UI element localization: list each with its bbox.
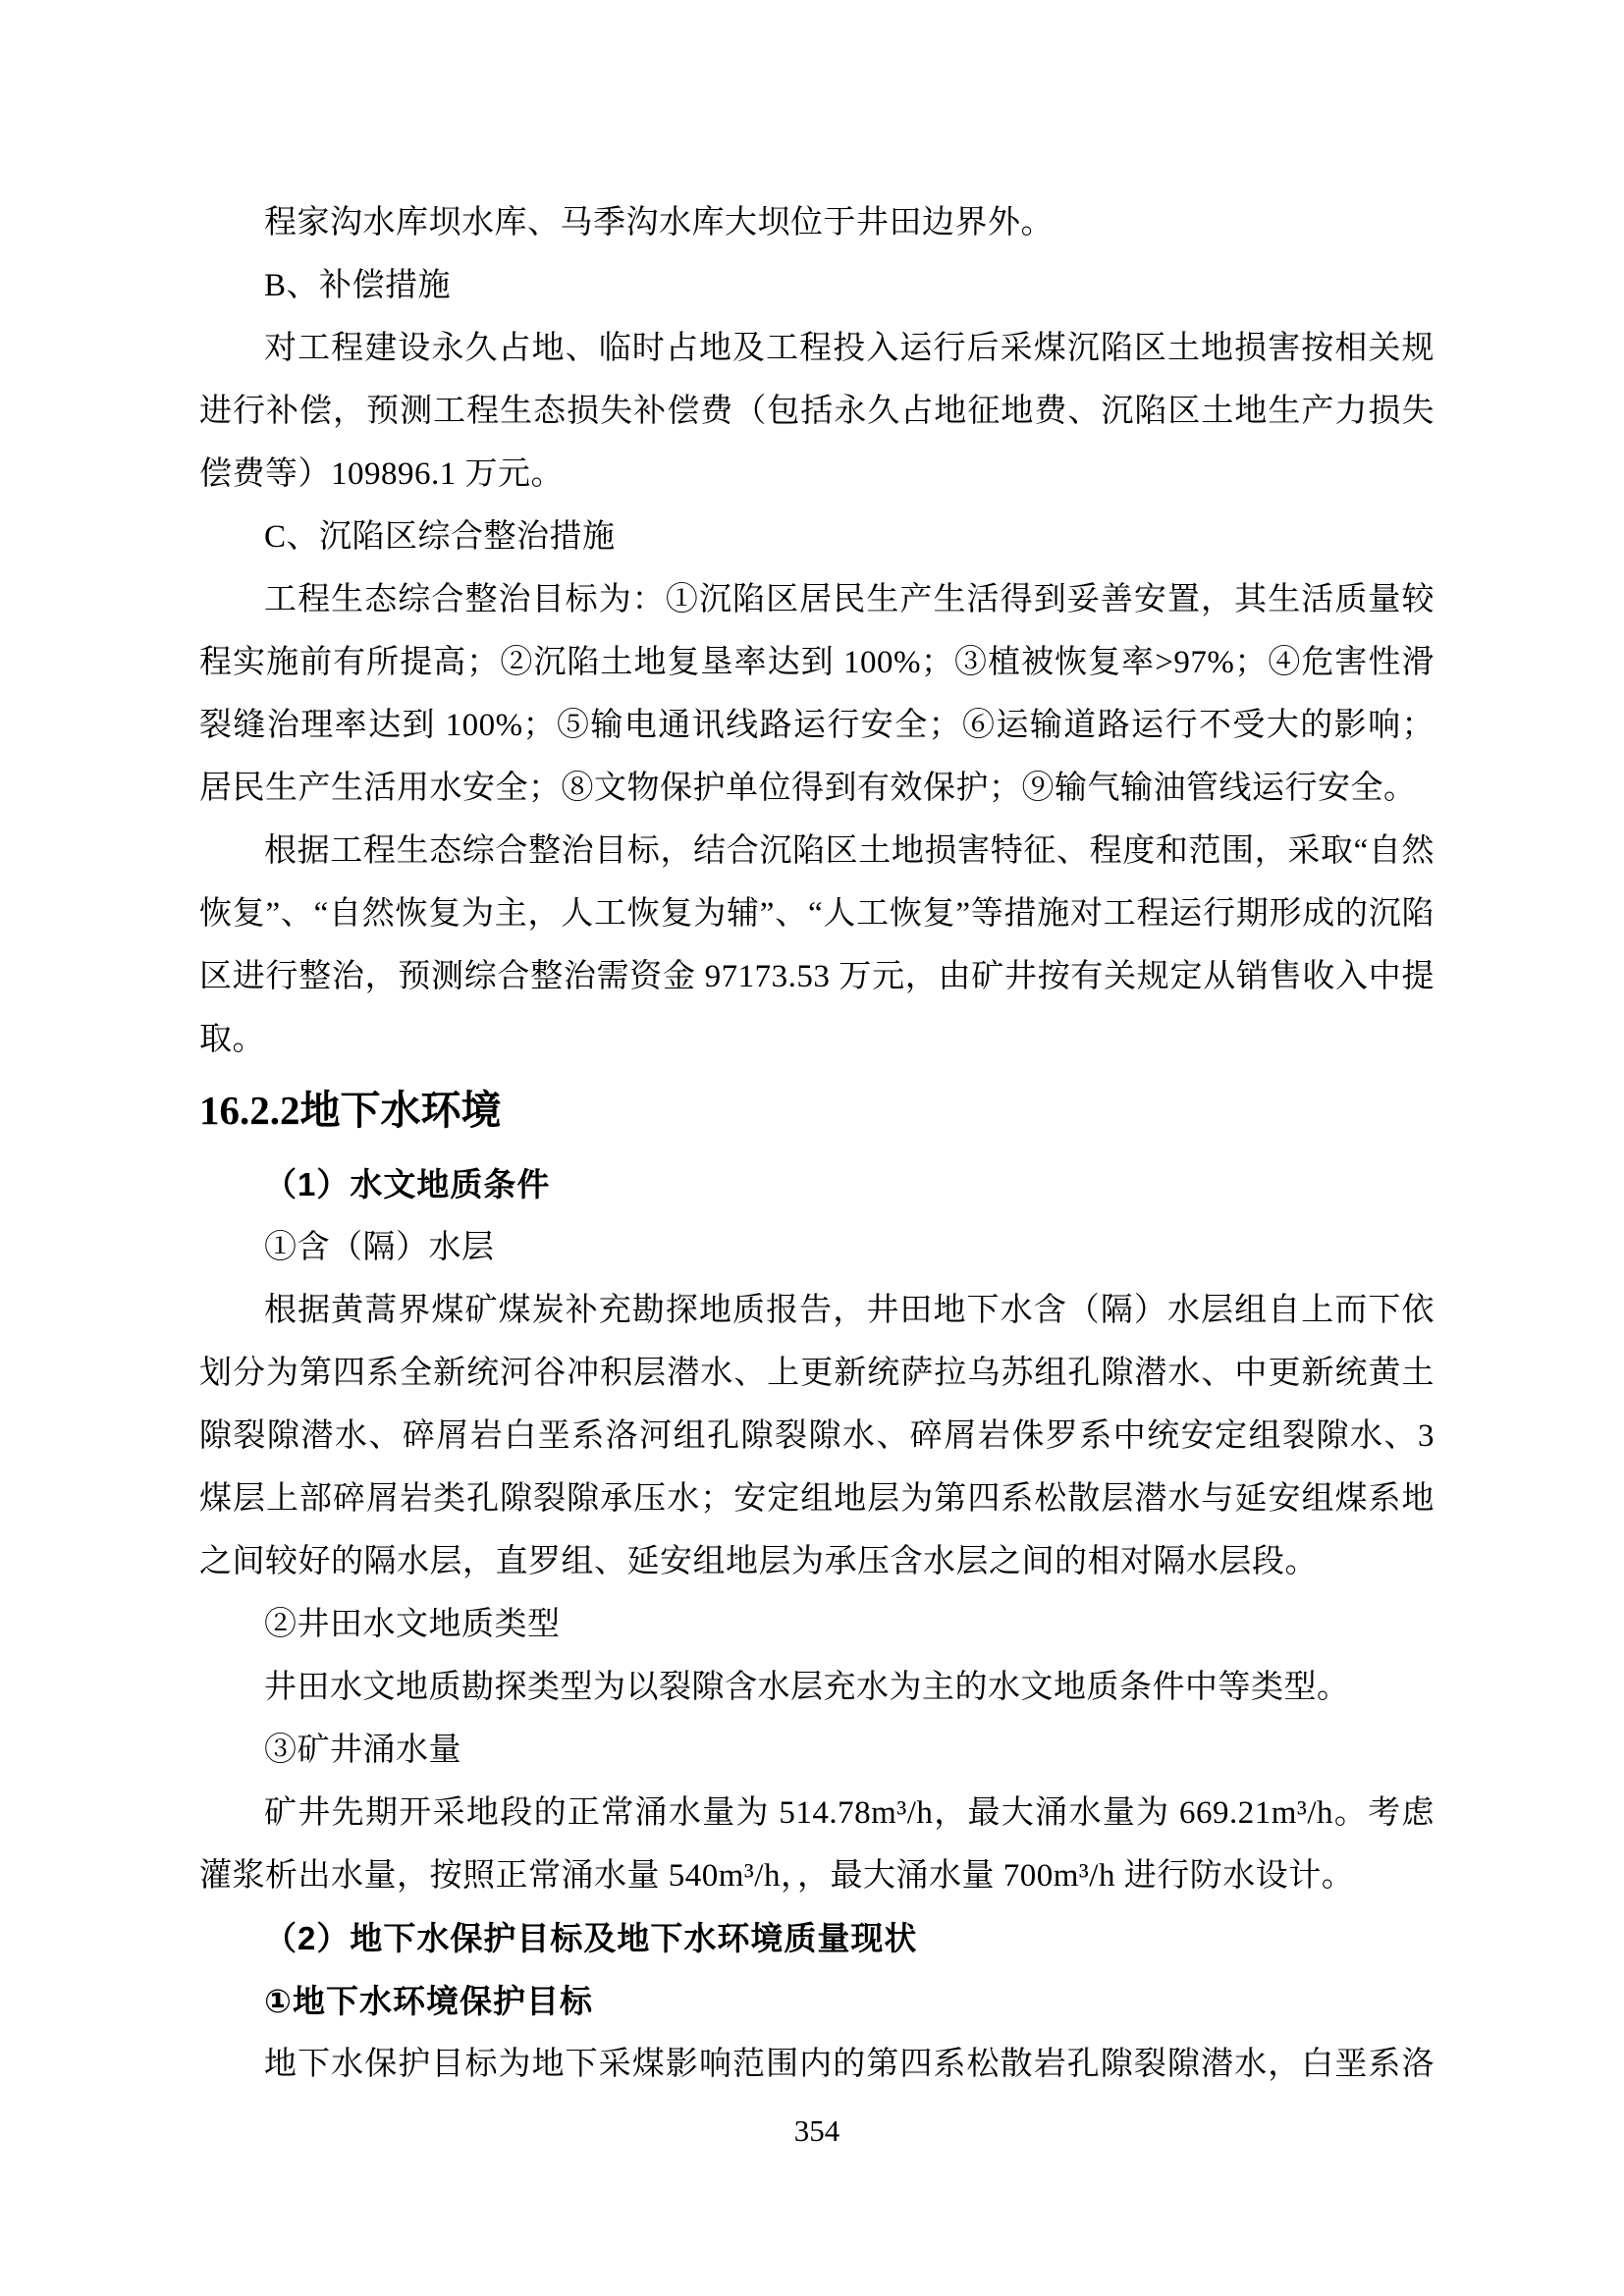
text-line: 划分为第四系全新统河谷冲积层潜水、上更新统萨拉乌苏组孔隙潜水、中更新统黄土孔 [199,1342,1435,1405]
text-line: 对工程建设永久占地、临时占地及工程投入运行后采煤沉陷区土地损害按相关规定 [199,317,1435,380]
text-line: ②井田水文地质类型 [199,1593,1435,1656]
subsection-heading: ①地下水环境保护目标 [199,1970,1435,2033]
subsection-heading: （2）地下水保护目标及地下水环境质量现状 [199,1907,1435,1970]
text-line: 矿井先期开采地段的正常涌水量为 514.78m³/h，最大涌水量为 669.21… [199,1782,1435,1844]
text-line: 居民生产生活用水安全；⑧文物保护单位得到有效保护；⑨输气输油管线运行安全。 [199,757,1435,820]
text-line: 区进行整治，预测综合整治需资金 97173.53 万元，由矿井按有关规定从销售收… [199,945,1435,1008]
text-line: 隙裂隙潜水、碎屑岩白垩系洛河组孔隙裂隙水、碎屑岩侏罗系中统安定组裂隙水、3 号 [199,1405,1435,1468]
text-line: 恢复”、“自然恢复为主，人工恢复为辅”、“人工恢复”等措施对工程运行期形成的沉陷 [199,882,1435,945]
text-line: 偿费等）109896.1 万元。 [199,443,1435,506]
text-line: 进行补偿，预测工程生态损失补偿费（包括永久占地征地费、沉陷区土地生产力损失补 [199,380,1435,443]
subsection-heading: （1）水文地质条件 [199,1153,1435,1216]
text-line: 井田水文地质勘探类型为以裂隙含水层充水为主的水文地质条件中等类型。 [199,1656,1435,1719]
text-line: 工程生态综合整治目标为：①沉陷区居民生产生活得到妥善安置，其生活质量较工 [199,568,1435,631]
text-line: 程家沟水库坝水库、马季沟水库大坝位于井田边界外。 [199,191,1435,254]
text-column: 程家沟水库坝水库、马季沟水库大坝位于井田边界外。 B、补偿措施 对工程建设永久占… [199,0,1435,2155]
page-number: 354 [199,2108,1435,2155]
text-line: B、补偿措施 [199,254,1435,317]
text-line: C、沉陷区综合整治措施 [199,506,1435,568]
section-heading-title: 地下水环境 [300,1088,502,1133]
text-line: 取。 [199,1008,1435,1071]
text-line: ③矿井涌水量 [199,1719,1435,1782]
text-line: 之间较好的隔水层，直罗组、延安组地层为承压含水层之间的相对隔水层段。 [199,1530,1435,1593]
document-page: 程家沟水库坝水库、马季沟水库大坝位于井田边界外。 B、补偿措施 对工程建设永久占… [0,0,1624,2296]
text-line: ①含（隔）水层 [199,1216,1435,1279]
text-line: 灌浆析出水量，按照正常涌水量 540m³/h，，最大涌水量 700m³/h 进行… [199,1844,1435,1907]
text-line: 根据工程生态综合整治目标，结合沉陷区土地损害特征、程度和范围，采取“自然 [199,820,1435,882]
text-line: 裂缝治理率达到 100%；⑤输电通讯线路运行安全；⑥运输道路运行不受大的影响；⑦ [199,694,1435,757]
section-heading: 16.2.2地下水环境 [199,1071,1435,1149]
text-line: 程实施前有所提高；②沉陷土地复垦率达到 100%；③植被恢复率>97%；④危害性… [199,631,1435,694]
section-heading-number: 16.2.2 [199,1088,300,1133]
text-line: 地下水保护目标为地下采煤影响范围内的第四系松散岩孔隙裂隙潜水，白垩系洛河 [199,2033,1435,2096]
text-line: 根据黄蒿界煤矿煤炭补充勘探地质报告，井田地下水含（隔）水层组自上而下依次 [199,1279,1435,1342]
text-line: 煤层上部碎屑岩类孔隙裂隙承压水；安定组地层为第四系松散层潜水与延安组煤系地层 [199,1468,1435,1530]
